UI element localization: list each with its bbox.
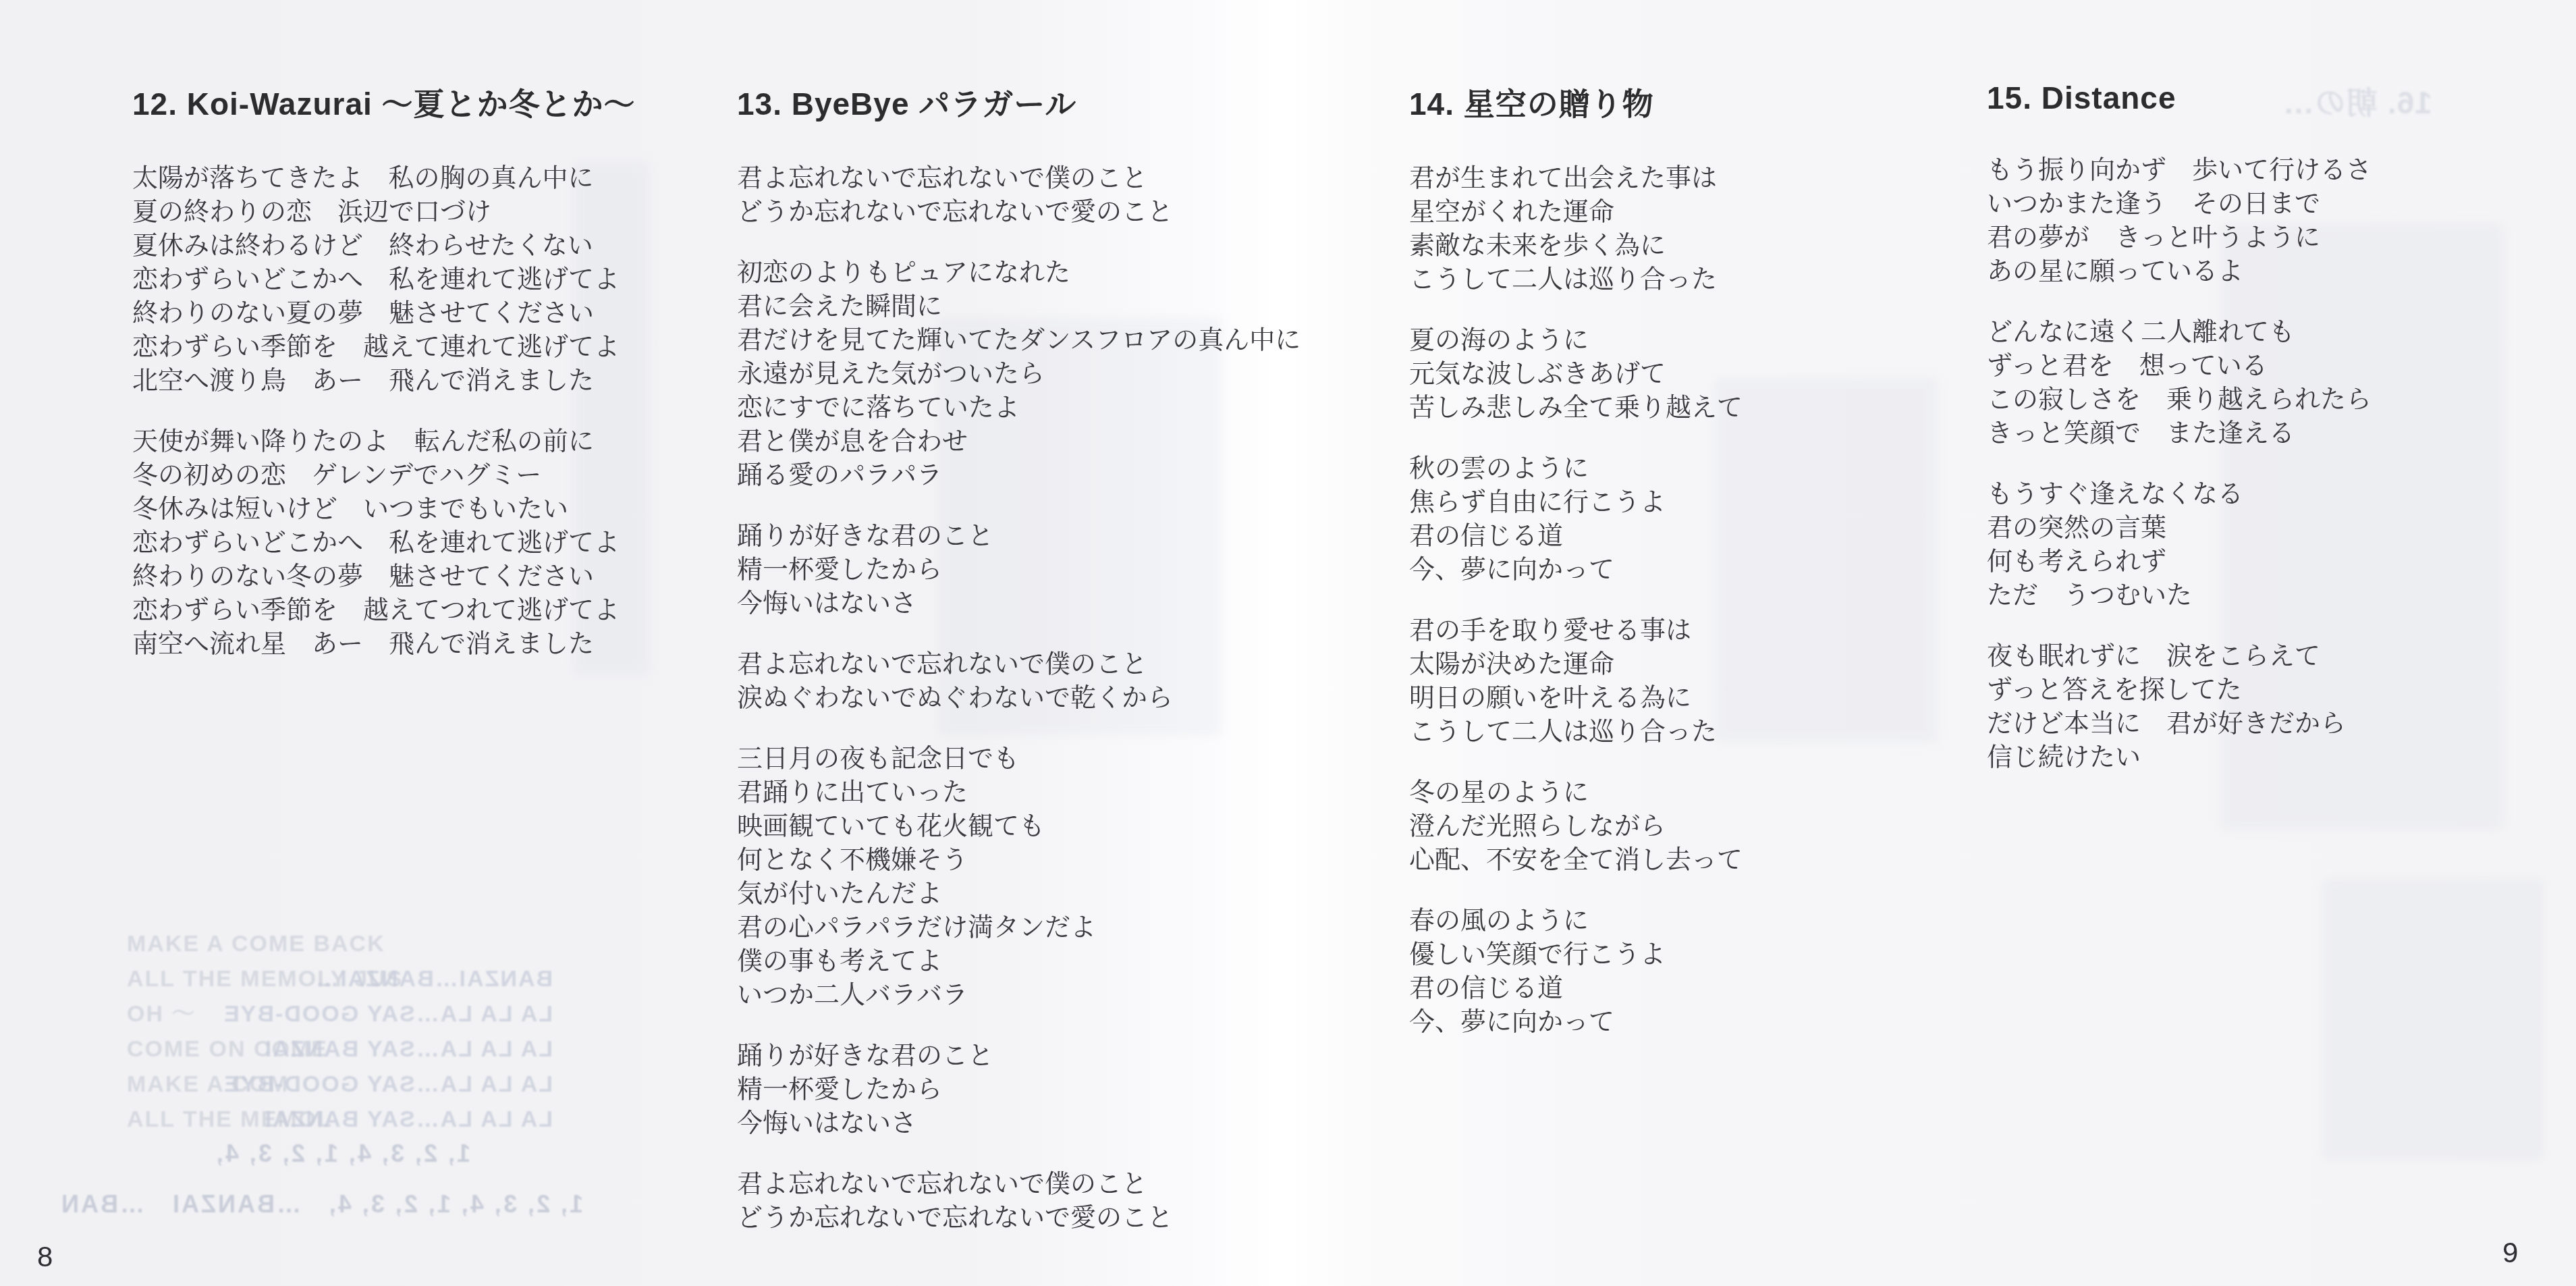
song-title-track-12: 12. Koi-Wazurai ～夏とか冬とか～ [132,80,636,124]
lyric-line: 恋わずらいどこかへ 私を連れて逃げてよ [132,263,636,296]
lyric-line: 素敵な未来を歩く為に [1409,229,1743,263]
lyric-line: こうして二人は巡り合った [1409,715,1743,749]
lyric-line: いつか二人バラバラ [737,978,1300,1012]
lyric-line: 君よ忘れないで忘れないで僕のこと [737,647,1300,681]
page-number-left: 8 [37,1241,53,1273]
lyric-line: 明日の願いを叶える為に [1409,681,1743,715]
lyric-line: 澄んだ光照らしながら [1409,809,1743,843]
lyric-stanza: 夜も眠れずに 涙をこらえてずっと答えを探してただけど本当に 君が好きだから信じ続… [1987,639,2372,774]
lyric-stanza: 初恋のよりもピュアになれた君に会えた瞬間に君だけを見てた輝いてたダンスフロアの真… [737,256,1300,492]
lyric-line: 星空がくれた運命 [1409,195,1743,229]
lyric-line: きっと笑顔で また逢える [1987,417,2372,450]
lyric-stanza: 君よ忘れないで忘れないで僕のことどうか忘れないで忘れないで愛のこと [737,161,1300,229]
lyric-line: 気が付いたんだよ [737,877,1300,911]
lyric-line: 君の信じる道 [1409,971,1743,1005]
lyric-line: 終わりのない夏の夢 魅させてください [132,296,636,330]
lyric-line: 元気な波しぶきあげて [1409,357,1743,391]
lyric-line: ずっと君を 想っている [1987,349,2372,383]
lyric-stanza: 三日月の夜も記念日でも君踊りに出ていった映画観ていても花火観ても何となく不機嫌そ… [737,742,1300,1012]
lyric-line: 太陽が落ちてきたよ 私の胸の真ん中に [132,161,636,195]
lyric-line: 君と僕が息を合わせ [737,425,1300,458]
lyric-line: 恋わずらいどこかへ 私を連れて逃げてよ [132,526,636,560]
lyric-line: 北空へ渡り鳥 あー 飛んで消えました [132,364,636,398]
lyric-line: 涙ぬぐわないでぬぐわないで乾くから [737,681,1300,715]
lyric-stanza: 天使が舞い降りたのよ 転んだ私の前に冬の初めの恋 ゲレンデでハグミー冬休みは短い… [132,425,636,661]
lyric-line: 冬休みは短いけど いつまでもいたい [132,492,636,526]
lyric-line: 君の突然の言葉 [1987,511,2372,545]
lyric-line: 恋わずらい季節を 越えて連れて逃げてよ [132,330,636,364]
ghost-smudge [2322,878,2544,1161]
lyric-stanza: 太陽が落ちてきたよ 私の胸の真ん中に夏の終わりの恋 浜辺で口づけ夏休みは終わるけ… [132,161,636,398]
lyric-line: 心配、不安を全て消し去って [1409,843,1743,877]
lyric-line: どんなに遠く二人離れても [1987,315,2372,349]
lyric-stanza: どんなに遠く二人離れてもずっと君を 想っているこの寂しさを 乗り越えられたらきっ… [1987,315,2372,450]
lyric-line: 何となく不機嫌そう [737,843,1300,877]
lyric-line: 今悔いはないさ [737,587,1300,620]
lyric-line: だけど本当に 君が好きだから [1987,707,2372,741]
lyric-line: 君よ忘れないで忘れないで僕のこと [737,161,1300,195]
lyric-stanza: 君よ忘れないで忘れないで僕のことどうか忘れないで忘れないで愛のこと [737,1167,1300,1235]
lyric-stanza: 君よ忘れないで忘れないで僕のこと涙ぬぐわないでぬぐわないで乾くから [737,647,1300,715]
lyric-stanza: 踊りが好きな君のこと精一杯愛したから今悔いはないさ [737,519,1300,620]
song-lyrics-track-13: 君よ忘れないで忘れないで僕のことどうか忘れないで忘れないで愛のこと初恋のよりもピ… [737,161,1300,1235]
lyric-line: あの星に願っているよ [1987,254,2372,288]
lyric-line: 君の夢が きっと叶うように [1987,221,2372,254]
lyric-line: 秋の雲のように [1409,452,1743,485]
lyric-line: ずっと答えを探してた [1987,673,2372,707]
lyric-stanza: 夏の海のように元気な波しぶきあげて苦しみ悲しみ全て乗り越えて [1409,323,1743,425]
song-lyrics-track-14: 君が生まれて出会えた事は星空がくれた運命素敵な未来を歩く為にこうして二人は巡り合… [1409,161,1743,1039]
lyric-line: 君の手を取り愛せる事は [1409,614,1743,647]
song-lyrics-track-15: もう振り向かず 歩いて行けるさいつかまた逢う その日まで君の夢が きっと叶うよう… [1987,153,2372,774]
lyric-line: 夏の終わりの恋 浜辺で口づけ [132,195,636,229]
lyric-line: この寂しさを 乗り越えられたら [1987,383,2372,417]
lyric-line: 初恋のよりもピュアになれた [737,256,1300,290]
lyric-line: 踊りが好きな君のこと [737,1039,1300,1073]
lyric-line: 今悔いはないさ [737,1106,1300,1140]
lyric-line: もうすぐ逢えなくなる [1987,477,2372,511]
lyric-stanza: 春の風のように優しい笑顔で行こうよ君の信じる道今、夢に向かって [1409,904,1743,1039]
lyric-line: 今、夢に向かって [1409,1005,1743,1039]
song-title-track-14: 14. 星空の贈り物 [1409,80,1743,124]
lyric-line: 君よ忘れないで忘れないで僕のこと [737,1167,1300,1201]
lyric-line: ただ うつむいた [1987,579,2372,612]
lyric-line: 今、夢に向かって [1409,553,1743,587]
lyric-line: いつかまた逢う その日まで [1987,187,2372,221]
ghost-smudge [1714,378,1937,743]
song-title-track-13: 13. ByeBye パラガール [737,80,1300,124]
song-title-track-15: 15. Distance [1987,80,2372,116]
lyric-line: 踊る愛のパラパラ [737,458,1300,492]
lyric-line: 終わりのない冬の夢 魅させてください [132,560,636,593]
lyric-line: こうして二人は巡り合った [1409,263,1743,296]
lyric-line: 太陽が決めた運命 [1409,647,1743,681]
lyric-line: 何も考えられず [1987,545,2372,579]
lyric-line: 春の風のように [1409,904,1743,938]
lyric-line: もう振り向かず 歩いて行けるさ [1987,153,2372,187]
lyric-line: 精一杯愛したから [737,553,1300,587]
lyric-line: 三日月の夜も記念日でも [737,742,1300,776]
song-column-track-14: 14. 星空の贈り物 君が生まれて出会えた事は星空がくれた運命素敵な未来を歩く為… [1409,80,1743,1066]
lyric-line: 苦しみ悲しみ全て乗り越えて [1409,391,1743,425]
lyric-line: 南空へ流れ星 あー 飛んで消えました [132,627,636,661]
lyric-line: 焦らず自由に行こうよ [1409,485,1743,519]
lyric-stanza: 踊りが好きな君のこと精一杯愛したから今悔いはないさ [737,1039,1300,1140]
lyric-line: 永遠が見えた気がついたら [737,357,1300,391]
lyric-line: 天使が舞い降りたのよ 転んだ私の前に [132,425,636,458]
lyric-line: どうか忘れないで忘れないで愛のこと [737,195,1300,229]
lyric-line: 君が生まれて出会えた事は [1409,161,1743,195]
lyric-stanza: 君が生まれて出会えた事は星空がくれた運命素敵な未来を歩く為にこうして二人は巡り合… [1409,161,1743,296]
lyric-line: 信じ続けたい [1987,741,2372,774]
lyric-line: 映画観ていても花火観ても [737,809,1300,843]
lyric-line: 夜も眠れずに 涙をこらえて [1987,639,2372,673]
lyric-line: 夏休みは終わるけど 終わらせたくない [132,229,636,263]
lyric-line: 冬の初めの恋 ゲレンデでハグミー [132,458,636,492]
lyric-stanza: 秋の雲のように焦らず自由に行こうよ君の信じる道今、夢に向かって [1409,452,1743,587]
lyric-stanza: もう振り向かず 歩いて行けるさいつかまた逢う その日まで君の夢が きっと叶うよう… [1987,153,2372,288]
song-column-track-12: 12. Koi-Wazurai ～夏とか冬とか～ 太陽が落ちてきたよ 私の胸の真… [132,80,636,688]
lyric-line: 君踊りに出ていった [737,776,1300,809]
lyric-line: 僕の事も考えてよ [737,944,1300,978]
lyric-line: 君に会えた瞬間に [737,290,1300,323]
lyric-stanza: 冬の星のように澄んだ光照らしながら心配、不安を全て消し去って [1409,776,1743,877]
lyric-line: 精一杯愛したから [737,1073,1300,1106]
booklet-spread: MAKE A COME BACKALL THE MEMOLY JUSOH ～CO… [0,0,2576,1286]
lyric-line: 恋わずらい季節を 越えてつれて逃げてよ [132,593,636,627]
lyric-line: 冬の星のように [1409,776,1743,809]
lyric-stanza: もうすぐ逢えなくなる君の突然の言葉何も考えられずただ うつむいた [1987,477,2372,612]
lyric-line: 優しい笑顔で行こうよ [1409,938,1743,971]
lyric-line: 恋にすでに落ちていたよ [737,391,1300,425]
lyric-line: 君の信じる道 [1409,519,1743,553]
lyric-stanza: 君の手を取り愛せる事は太陽が決めた運命明日の願いを叶える為にこうして二人は巡り合… [1409,614,1743,749]
lyric-line: 君の心パラパラだけ満タンだよ [737,911,1300,944]
lyric-line: 踊りが好きな君のこと [737,519,1300,553]
page-number-right: 9 [2502,1237,2518,1269]
song-column-track-13: 13. ByeBye パラガール 君よ忘れないで忘れないで僕のことどうか忘れない… [737,80,1300,1262]
song-lyrics-track-12: 太陽が落ちてきたよ 私の胸の真ん中に夏の終わりの恋 浜辺で口づけ夏休みは終わるけ… [132,161,636,661]
song-column-track-15: 15. Distance もう振り向かず 歩いて行けるさいつかまた逢う その日ま… [1987,80,2372,801]
lyric-line: 夏の海のように [1409,323,1743,357]
lyric-line: 君だけを見てた輝いてたダンスフロアの真ん中に [737,323,1300,357]
lyric-line: どうか忘れないで忘れないで愛のこと [737,1201,1300,1235]
